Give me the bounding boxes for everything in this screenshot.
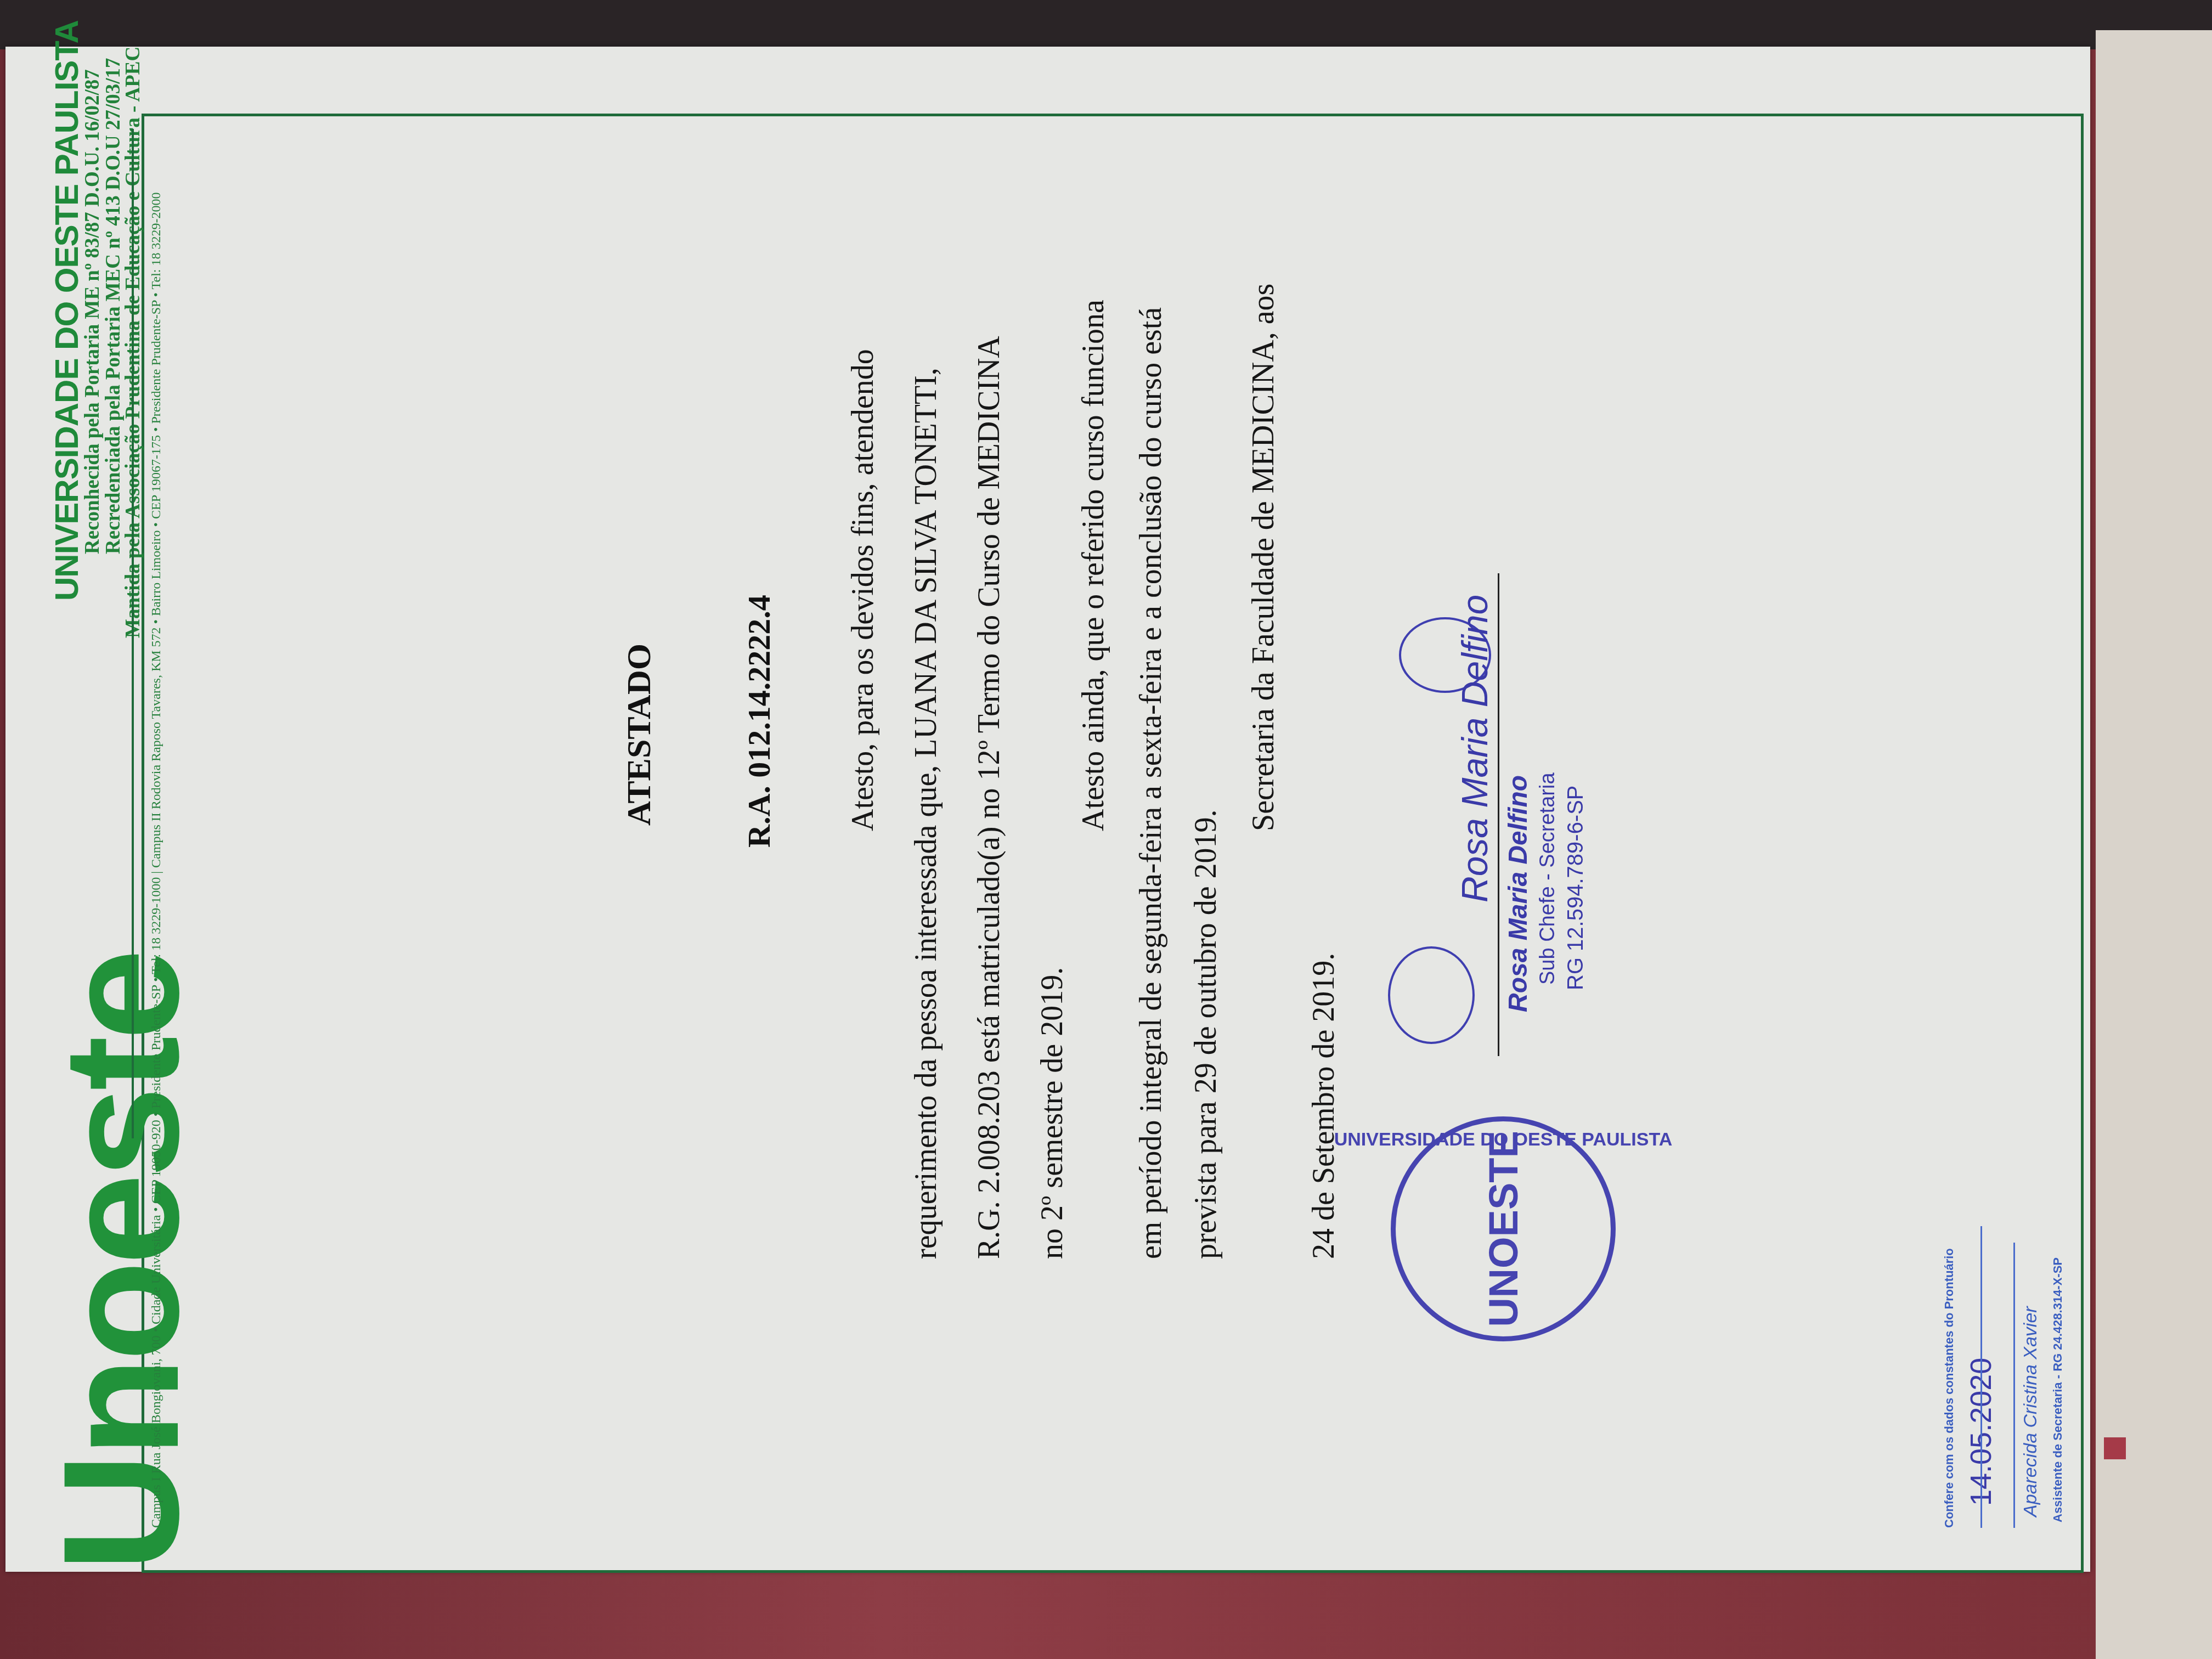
signer-rg: RG 12.594.789-6-SP <box>1564 785 1588 990</box>
binder-tab <box>2104 1437 2126 1459</box>
auth-role-rg: Assistente de Secretaria - RG 24.428.314… <box>2051 1257 2065 1522</box>
signature-loop-r <box>1388 946 1475 1044</box>
handwritten-signature: Rosa Maria Delfino <box>1454 595 1496 902</box>
paragraph-1-line-4: no 2º semestre de 2019. <box>1037 967 1068 1259</box>
recognition-line: Reconhecida pela Portaria ME nº 83/87 D.… <box>82 69 104 554</box>
paragraph-3-line-2: 24 de Setembro de 2019. <box>1308 953 1339 1259</box>
paragraph-1-line-3: R.G. 2.008.203 está matriculado(a) no 12… <box>974 336 1005 1259</box>
signature-line <box>1498 573 1499 1056</box>
paragraph-2-line-3: prevista para 29 de outubro de 2019. <box>1190 809 1221 1259</box>
plastic-sleeve <box>2096 30 2212 1659</box>
paragraph-3-line-1: Secretaria da Faculdade de MEDICINA, aos <box>1248 284 1279 831</box>
unoeste-logo: Unoeste <box>38 953 203 1572</box>
auth-date-line <box>1980 1226 1982 1528</box>
letterhead-rule <box>132 129 134 1138</box>
auth-signer: Aparecida Cristina Xavier <box>2020 1306 2041 1517</box>
seal-center-text: UNOESTE <box>1480 1131 1527 1327</box>
auth-note: Confere com os dados constantes do Pront… <box>1942 1248 1956 1528</box>
paragraph-2-line-1: Atesto ainda, que o referido curso funci… <box>1078 300 1109 831</box>
university-seal: UNIVERSIDADE DO OESTE PAULISTA UNOESTE <box>1391 1116 1616 1341</box>
paragraph-1-line-2: requerimento da pessoa interessada que, … <box>911 368 941 1259</box>
paragraph-1-line-1: Atesto, para os devidos fins, atendendo <box>848 349 878 831</box>
address-line: Campus I Rua José Bongiovani, 700 • Cida… <box>149 192 164 1528</box>
document-sheet: Unoeste UNIVERSIDADE DO OESTE PAULISTA R… <box>5 47 2090 1572</box>
signer-role: Sub Chefe - Secretaria <box>1536 772 1560 985</box>
document-title: ATESTADO <box>620 644 659 826</box>
university-name: UNIVERSIDADE DO OESTE PAULISTA <box>50 20 83 601</box>
paragraph-2-line-2: em período integral de segunda-feira a s… <box>1136 307 1166 1259</box>
ra-number: R.A. 012.14.2222.4 <box>741 595 777 848</box>
signer-name-stamp: Rosa Maria Delfino <box>1503 775 1533 1012</box>
auth-signature-line <box>2013 1243 2015 1528</box>
green-border-frame <box>142 114 2084 1573</box>
